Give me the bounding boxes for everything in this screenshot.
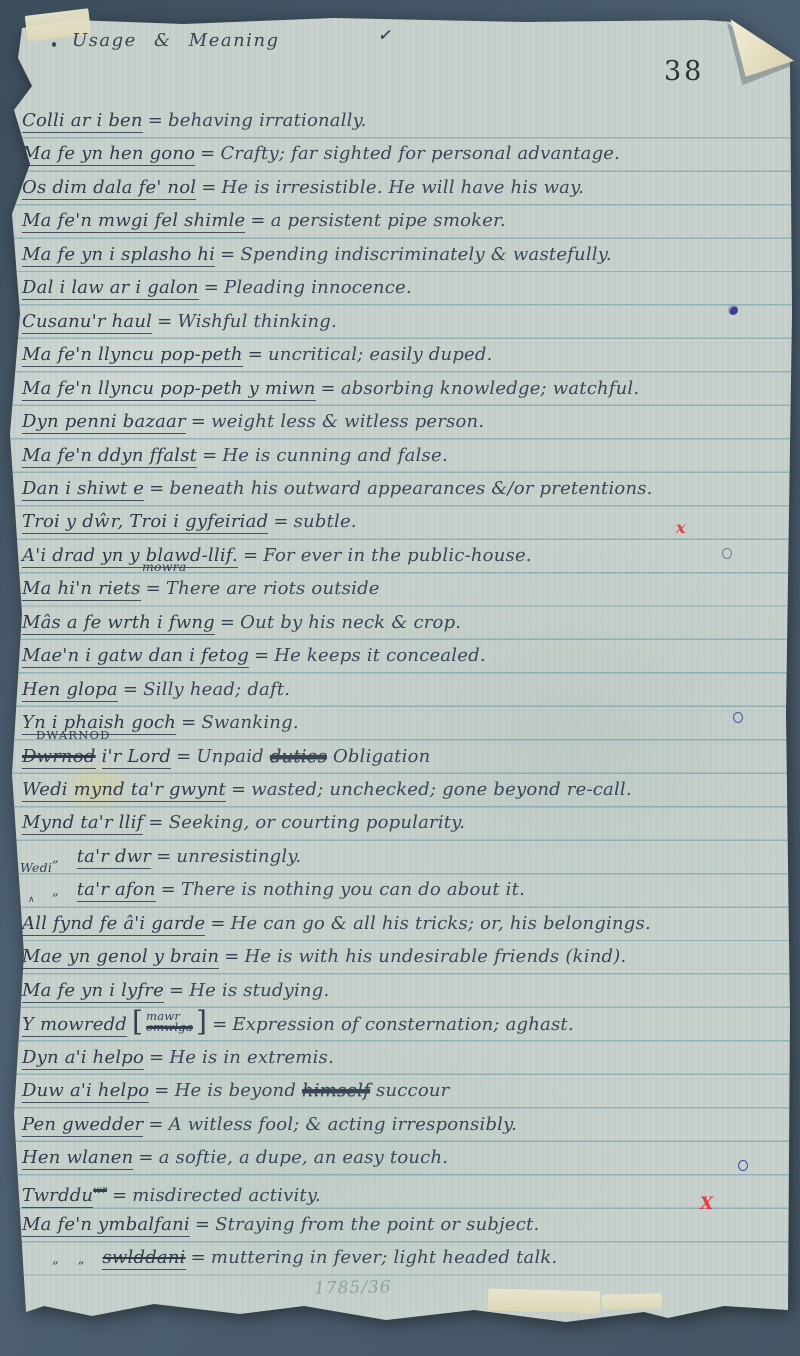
meaning-text: Obligation (333, 746, 430, 767)
welsh-phrase: Ma fe'n llyncu pop-peth y miwn (22, 378, 316, 401)
title-ink-dot (52, 42, 56, 47)
welsh-phrase: A'i drad yn y blawd-llif. (22, 545, 238, 568)
meaning-text: a persistent pipe smoker. (271, 210, 506, 231)
struck-out-word: duties (270, 746, 327, 767)
welsh-phrase: swlddani (102, 1247, 185, 1270)
entry-row: Y mowredd[mawromwlga]=Expression of cons… (22, 1009, 574, 1039)
entry-row: Mae yn genol y brain=He is with his unde… (22, 942, 626, 972)
welsh-phrase: Troi y dŵr, Troi i gyfeiriad (22, 511, 268, 534)
red-x-large: X (700, 1196, 713, 1213)
meaning-text: succour (376, 1080, 449, 1101)
entry-row: Dyn a'i helpo=He is in extremis. (22, 1043, 334, 1073)
equals-sign: = (176, 712, 201, 733)
meaning-text: a softie, a dupe, an easy touch. (159, 1147, 448, 1168)
meaning-text: Pleading innocence. (224, 277, 412, 298)
equals-sign: = (144, 478, 169, 499)
welsh-phrase: Ma fe'n ddyn ffalst (22, 445, 197, 468)
ditto-mark: „ (52, 884, 61, 899)
meaning-text: There is nothing you can do about it. (181, 879, 525, 900)
entry-row: Ma fe yn hen gono=Crafty; far sighted fo… (22, 139, 620, 169)
equals-sign: = (196, 177, 221, 198)
meaning-text: beneath his outward appearances &/or pre… (169, 478, 652, 499)
bracket-word-bottom: omwlga (146, 1022, 193, 1033)
equals-sign: = (143, 1114, 168, 1135)
welsh-phrase: Twrddu (22, 1185, 93, 1208)
equals-sign: = (205, 913, 230, 934)
bracket-open: [ (132, 1010, 143, 1034)
entry-row: Mâs a fe wrth i fwng=Out by his neck & c… (22, 608, 461, 638)
welsh-phrase: Wedi mynd ta'r gwynt (22, 779, 226, 802)
entry-row: „ta'r dwr=unresistingly. (22, 842, 301, 872)
grey-circle (722, 548, 732, 559)
entry-row: Cusanu'r haul=Wishful thinking. (22, 307, 337, 337)
meaning-text: He is irresistible. He will have his way… (222, 177, 585, 198)
equals-sign: = (149, 1080, 174, 1101)
equals-sign: = (141, 578, 166, 599)
bracket-stack: mawromwlga (146, 1011, 193, 1033)
welsh-phrase: ta'r dwr (77, 846, 151, 869)
equals-sign: = (190, 1214, 215, 1235)
equals-sign: = (268, 511, 293, 532)
meaning-text: Unpaid (196, 746, 264, 767)
meaning-text: He is beyond (175, 1080, 296, 1101)
meaning-text: He keeps it concealed. (274, 645, 486, 666)
blue-filled-circle (728, 305, 738, 315)
equals-sign: = (133, 1147, 158, 1168)
meaning-text: Expression of consternation; aghast. (232, 1014, 573, 1035)
equals-sign: = (144, 1047, 169, 1068)
equals-sign: = (238, 545, 263, 566)
welsh-phrase: Ma fe'n llyncu pop-peth (22, 344, 243, 367)
welsh-phrase: Duw a'i helpo (22, 1080, 149, 1103)
welsh-phrase: Cusanu'r haul (22, 311, 152, 334)
bracket-close: ] (196, 1010, 207, 1034)
equals-sign: = (197, 445, 222, 466)
entry-row: Ma fe yn i splasho hi=Spending indiscrim… (22, 240, 612, 270)
entries: Colli ar i ben=behaving irrationally.Ma … (0, 0, 800, 1356)
meaning-text: He is with his undesirable friends (kind… (245, 946, 627, 967)
meaning-text: unresistingly. (176, 846, 301, 867)
entry-row: Ma fe'n ddyn ffalst=He is cunning and fa… (22, 441, 448, 471)
meaning-text: For ever in the public-house. (263, 545, 532, 566)
equals-sign: = (199, 277, 224, 298)
meaning-text: Straying from the point or subject. (215, 1214, 539, 1235)
entry-row: Twrdduwr=misdirected activity. (22, 1176, 321, 1206)
entry-row: Ma fe'n llyncu pop-peth y miwn=absorbing… (22, 374, 639, 404)
welsh-phrase: ta'r afon (77, 879, 156, 902)
meaning-text: subtle. (294, 511, 357, 532)
entry-row: Ma fe yn i lyfre=He is studying. (22, 976, 329, 1006)
welsh-phrase: Hen wlanen (22, 1147, 133, 1170)
welsh-phrase: Hen glopa (22, 679, 118, 702)
welsh-phrase: Ma hi'n riets (22, 578, 141, 601)
meaning-text: He can go & all his tricks; or, his belo… (231, 913, 651, 934)
entry-row: DWARNODDwrnod i'r Lord=Unpaid duties Obl… (22, 742, 430, 772)
entry-row: Wedi mynd ta'r gwynt=wasted; unchecked; … (22, 775, 632, 805)
entry-row: All fynd fe â'i garde=He can go & all hi… (22, 909, 651, 939)
equals-sign: = (316, 378, 341, 399)
entry-row: mowraMa hi'n riets=There are riots outsi… (22, 574, 380, 604)
equals-sign: = (107, 1185, 132, 1206)
equals-sign: = (207, 1014, 232, 1035)
inserted-word: Wedi (20, 862, 52, 874)
meaning-text: Swanking. (201, 712, 298, 733)
tick-mark: ✓ (378, 28, 391, 43)
meaning-text: Wishful thinking. (177, 311, 337, 332)
welsh-phrase: Dal i law ar i galon (22, 277, 199, 300)
equals-sign: = (156, 879, 181, 900)
blue-circle-top (733, 712, 743, 723)
equals-sign: = (143, 110, 168, 131)
entry-row: Wedi∧„ta'r afon=There is nothing you can… (22, 875, 525, 905)
entry-row: Ma fe'n mwgi fel shimle=a persistent pip… (22, 206, 506, 236)
meaning-text: A witless fool; & acting irresponsibly. (169, 1114, 517, 1135)
meaning-text: muttering in fever; light headed talk. (211, 1247, 558, 1268)
entry-row: „ „swlddani=muttering in fever; light he… (22, 1243, 557, 1273)
entry-row: Dan i shiwt e=beneath his outward appear… (22, 474, 653, 504)
equals-sign: = (195, 143, 220, 164)
meaning-text: misdirected activity. (132, 1185, 320, 1206)
equals-sign: = (186, 1247, 211, 1268)
entry-row: Hen wlanen=a softie, a dupe, an easy tou… (22, 1143, 448, 1173)
entry-row: Duw a'i helpo=He is beyond himself succo… (22, 1076, 449, 1106)
struck-out-word: himself (302, 1080, 370, 1101)
ditto-mark: „ „ (52, 1252, 86, 1267)
welsh-phrase: Ma fe yn i splasho hi (22, 244, 215, 267)
welsh-phrase: Dyn a'i helpo (22, 1047, 144, 1070)
blue-circle-bottom (738, 1160, 748, 1171)
welsh-phrase: Colli ar i ben (22, 110, 143, 133)
welsh-phrase: i'r Lord (102, 746, 172, 769)
catalog-number: 1785/36 (314, 1277, 392, 1298)
welsh-phrase: Pen gwedder (22, 1114, 143, 1137)
entry-row: Pen gwedder=A witless fool; & acting irr… (22, 1110, 517, 1140)
meaning-text: Crafty; far sighted for personal advanta… (220, 143, 620, 164)
welsh-phrase: Dan i shiwt e (22, 478, 144, 501)
entry-row: Ma fe'n llyncu pop-peth=uncritical; easi… (22, 340, 493, 370)
bracket-insertion: [mawromwlga] (132, 1010, 207, 1034)
entry-row: Ma fe'n ymbalfani=Straying from the poin… (22, 1210, 539, 1240)
inserted-word: mowra (142, 561, 187, 573)
entry-row: Os dim dala fe' nol=He is irresistible. … (22, 173, 584, 203)
meaning-text: weight less & witless person. (211, 411, 484, 432)
welsh-phrase: Dyn penni bazaar (22, 411, 186, 434)
meaning-text: Spending indiscriminately & wastefully. (240, 244, 611, 265)
meaning-text: There are riots outside (166, 578, 380, 599)
equals-sign: = (164, 980, 189, 1001)
struck-superscript: wr (93, 1185, 107, 1196)
equals-sign: = (171, 746, 196, 767)
welsh-phrase: Ma fe'n ymbalfani (22, 1214, 190, 1237)
equals-sign: = (245, 210, 270, 231)
scanned-manuscript-page: Usage & Meaning 38 Colli ar i ben=behavi… (0, 0, 800, 1356)
welsh-phrase: Y mowredd (22, 1014, 127, 1037)
entry-row: A'i drad yn y blawd-llif.=For ever in th… (22, 541, 532, 571)
meaning-text: wasted; unchecked; gone beyond re-call. (251, 779, 632, 800)
meaning-text: He is studying. (189, 980, 329, 1001)
red-x-small: x (676, 520, 686, 536)
welsh-phrase: Mynd ta'r llif (22, 812, 143, 835)
equals-sign: = (186, 411, 211, 432)
equals-sign: = (118, 679, 143, 700)
meaning-text: absorbing knowledge; watchful. (341, 378, 639, 399)
equals-sign: = (143, 812, 168, 833)
equals-sign: = (243, 344, 268, 365)
welsh-phrase: Mâs a fe wrth i fwng (22, 612, 215, 635)
meaning-text: He is in extremis. (169, 1047, 334, 1068)
meaning-text: Silly head; daft. (143, 679, 290, 700)
entry-row: Mae'n i gatw dan i fetog=He keeps it con… (22, 641, 486, 671)
inserted-word: DWARNOD (36, 729, 111, 741)
meaning-text: Out by his neck & crop. (240, 612, 461, 633)
struck-out-word: Dwrnod (22, 746, 96, 769)
meaning-text: behaving irrationally. (168, 110, 367, 131)
entry-row: Dal i law ar i galon=Pleading innocence. (22, 273, 412, 303)
equals-sign: = (249, 645, 274, 666)
entry-row: Colli ar i ben=behaving irrationally. (22, 106, 367, 136)
entry-row: Mynd ta'r llif=Seeking, or courting popu… (22, 808, 465, 838)
welsh-phrase: Ma fe'n mwgi fel shimle (22, 210, 245, 233)
welsh-phrase: Mae yn genol y brain (22, 946, 219, 969)
meaning-text: He is cunning and false. (222, 445, 447, 466)
welsh-phrase: Ma fe yn i lyfre (22, 980, 164, 1003)
welsh-phrase: Ma fe yn hen gono (22, 143, 195, 166)
equals-sign: = (151, 846, 176, 867)
meaning-text: Seeking, or courting popularity. (169, 812, 465, 833)
equals-sign: = (152, 311, 177, 332)
equals-sign: = (226, 779, 251, 800)
equals-sign: = (215, 612, 240, 633)
equals-sign: = (215, 244, 240, 265)
welsh-phrase: All fynd fe â'i garde (22, 913, 205, 936)
meaning-text: uncritical; easily duped. (268, 344, 493, 365)
welsh-phrase: Os dim dala fe' nol (22, 177, 196, 200)
entry-row: Dyn penni bazaar=weight less & witless p… (22, 407, 484, 437)
entry-row: Troi y dŵr, Troi i gyfeiriad=subtle. (22, 507, 357, 537)
entry-row: Hen glopa=Silly head; daft. (22, 675, 290, 705)
welsh-phrase: Mae'n i gatw dan i fetog (22, 645, 249, 668)
equals-sign: = (219, 946, 244, 967)
ditto-mark: „ (52, 851, 61, 866)
